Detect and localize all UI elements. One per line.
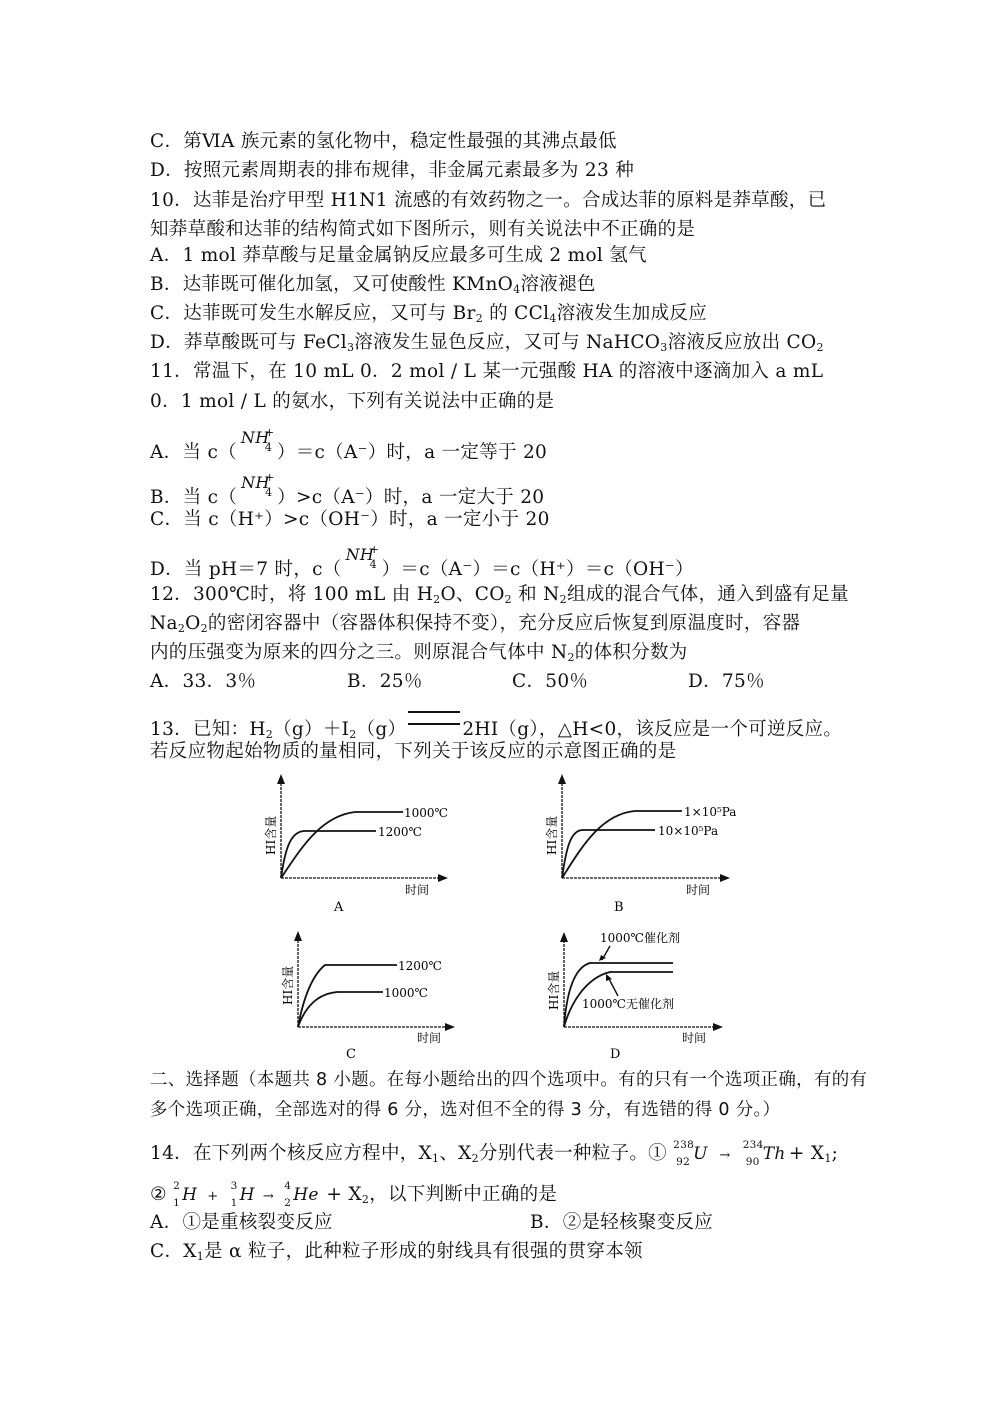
q11-stem-line1: 11．常温下，在 10 mL 0．2 mol / L 某一元强酸 HA 的溶液中… — [150, 360, 823, 384]
y-axis-label: HI含量 — [281, 966, 295, 1005]
text: （g） — [357, 719, 407, 740]
subscript: 2 — [201, 622, 208, 635]
section-heading-line1: 二、选择题（本题共 8 小题。在每小题给出的四个选项中。有的只有一个选项正确，有… — [150, 1068, 867, 1092]
reaction-arrow: → — [263, 1189, 274, 1204]
arrow-head-icon — [606, 974, 612, 981]
graph-label: A — [333, 900, 344, 915]
text: 2HI（g），△H<0，该反应是一个可逆反应。 — [462, 719, 842, 740]
reversible-equals-sign — [408, 711, 460, 725]
curve-label-2: 1200℃ — [378, 825, 422, 839]
graph-c: 1200℃ 1000℃ HI含量 时间 C — [270, 925, 470, 1065]
ammonium-ion: NH+4 — [342, 551, 382, 575]
text: 的体积分数为 — [575, 642, 688, 663]
y-axis-label: HI含量 — [547, 971, 561, 1010]
text: C．X — [150, 1241, 197, 1262]
reaction-arrow: → — [719, 1148, 730, 1163]
text: O、CO — [440, 584, 504, 605]
q10-option-a: A．1 mol 莽草酸与足量金属钠反应最多可生成 2 mol 氢气 — [150, 244, 647, 268]
q14-stem-line1: 14．在下列两个核反应方程中，X1、X2分别代表一种粒子。① 23892U → … — [150, 1142, 838, 1171]
x-axis-label: 时间 — [686, 882, 710, 897]
text: 内的压强变为原来的四分之三。则原混合气体中 N — [150, 642, 567, 663]
subscript: 2 — [567, 651, 574, 664]
q13-stem-line2: 若反应物起始物质的量相同，下列关于该反应的示意图正确的是 — [150, 740, 676, 764]
graph-label: D — [610, 1047, 620, 1062]
y-axis-label: HI含量 — [264, 816, 278, 855]
element-symbol: He — [293, 1185, 319, 1205]
text: ）＝c（A⁻）时，a 一定等于 20 — [277, 442, 547, 463]
text: 分别代表一种粒子。① — [479, 1143, 667, 1164]
graph-label: B — [614, 900, 624, 915]
q11-option-a: A．当 c（NH+4）＝c（A⁻）时，a 一定等于 20 — [150, 434, 547, 465]
text: 的 CCl — [483, 303, 549, 324]
nuclide-tritium: 31H — [231, 1183, 253, 1207]
ion-subscript: 4 — [265, 436, 272, 460]
curve-label-2: 10×10⁵Pa — [658, 824, 718, 838]
q11-option-c: C．当 c（H⁺）>c（OH⁻）时，a 一定小于 20 — [150, 508, 550, 532]
graph-b-plot: 1×10⁵Pa 10×10⁵Pa HI含量 时间 B — [530, 770, 750, 920]
q10-stem-line2: 知莽草酸和达菲的结构简式如下图所示，则有关说法中不正确的是 — [150, 218, 695, 242]
ammonium-ion: NH+4 — [237, 434, 277, 458]
text: 13．已知：H — [150, 719, 266, 740]
text: 溶液褪色 — [520, 274, 595, 295]
subscript: 2 — [505, 593, 512, 606]
text: ，以下判断中正确的是 — [369, 1184, 557, 1205]
section-heading-line2: 多个选项正确，全部选对的得 6 分，选对但不全的得 3 分，有选错的得 0 分。… — [150, 1098, 780, 1122]
q14-option-a: A．①是重核裂变反应 — [150, 1211, 333, 1235]
subscript: 3 — [660, 341, 667, 354]
atomic-number: 90 — [746, 1150, 760, 1174]
q12-stem-line2: Na2O2的密闭容器中（容器体积保持不变），充分反应后恢复到原温度时，容器 — [150, 612, 800, 641]
q9-option-c: C．第ⅥA 族元素的氢化物中，稳定性最强的其沸点最低 — [150, 130, 617, 154]
q14-option-b: B．②是轻核聚变反应 — [530, 1211, 713, 1235]
nuclide-thorium: 23490Th — [743, 1142, 783, 1166]
x-axis-label: 时间 — [417, 1030, 441, 1045]
text: 溶液发生显色反应，又可与 NaHCO — [354, 332, 660, 353]
text: C．达菲既可发生水解反应，又可与 Br — [150, 303, 476, 324]
y-axis-label: HI含量 — [545, 816, 559, 855]
text: 组成的混合气体，通入到盛有足量 — [567, 584, 849, 605]
element-symbol: H — [182, 1185, 197, 1205]
subscript: 1 — [824, 1152, 831, 1165]
text: + — [207, 1189, 218, 1204]
q12-option-c: C．50％ — [512, 670, 588, 694]
atomic-number: 92 — [676, 1150, 690, 1174]
q11-stem-line2: 0．1 mol / L 的氨水，下列有关说法中正确的是 — [150, 390, 554, 414]
subscript: 2 — [560, 593, 567, 606]
text: ② — [150, 1184, 167, 1205]
text: D．莽草酸既可与 FeCl — [150, 332, 347, 353]
q10-option-c: C．达菲既可发生水解反应，又可与 Br2 的 CCl4溶液发生加成反应 — [150, 302, 707, 331]
ion-subscript: 4 — [265, 481, 272, 505]
section-heading-text: 二、选择题（本题共 8 小题。在每小题给出的四个选项中。有的只有一个选项正确，有… — [150, 1070, 867, 1090]
text: ; — [832, 1143, 839, 1164]
graph-d-plot: 1000℃催化剂 1000℃无催化剂 HI含量 时间 D — [530, 920, 750, 1065]
curve-label-1: 1200℃ — [398, 959, 442, 973]
text: Na — [150, 613, 178, 634]
q10-option-d: D．莽草酸既可与 FeCl3溶液发生显色反应，又可与 NaHCO3溶液反应放出 … — [150, 331, 824, 360]
nuclide-uranium: 23892U — [673, 1142, 707, 1166]
text: 和 N — [512, 584, 560, 605]
subscript: 4 — [549, 312, 556, 325]
curve-label-1: 1×10⁵Pa — [684, 805, 736, 819]
q12-option-a: A．33．3％ — [150, 670, 256, 694]
text: 12．300℃时，将 100 mL 由 H — [150, 584, 433, 605]
text: + X — [326, 1184, 361, 1205]
subscript: 2 — [472, 1152, 479, 1165]
element-symbol: Th — [763, 1144, 786, 1164]
q12-stem-line3: 内的压强变为原来的四分之三。则原混合气体中 N2的体积分数为 — [150, 641, 688, 670]
element-symbol: H — [240, 1185, 255, 1205]
curve-label-2: 1000℃无催化剂 — [582, 996, 674, 1011]
x-axis-label: 时间 — [682, 1030, 706, 1045]
text: 溶液反应放出 CO — [668, 332, 817, 353]
subscript: 2 — [476, 312, 483, 325]
text: + X — [789, 1143, 824, 1164]
text: 、X — [439, 1143, 471, 1164]
curve-label-2: 1000℃ — [384, 986, 428, 1000]
q10-stem-line1: 10．达菲是治疗甲型 H1N1 流感的有效药物之一。合成达菲的原料是莽草酸，已 — [150, 189, 826, 213]
ion-subscript: 4 — [370, 553, 377, 577]
text: B．达菲既可催化加氢，又可使酸性 KMnO — [150, 274, 513, 295]
graph-label: C — [346, 1047, 356, 1062]
q14-stem-line2: ② 21H + 31H → 42He + X2，以下判断中正确的是 — [150, 1183, 557, 1212]
text: A．当 c（ — [150, 442, 237, 463]
graph-b: 1×10⁵Pa 10×10⁵Pa HI含量 时间 B — [530, 770, 750, 920]
subscript: 2 — [816, 341, 823, 354]
text: 是 α 粒子，此种粒子形成的射线具有很强的贯穿本领 — [204, 1241, 643, 1262]
text: （g）＋I — [273, 719, 349, 740]
q11-option-b: B．当 c（NH+4）>c（A⁻）时，a 一定大于 20 — [150, 479, 544, 510]
graph-c-plot: 1200℃ 1000℃ HI含量 时间 C — [270, 925, 470, 1065]
text: ）>c（A⁻）时，a 一定大于 20 — [277, 487, 544, 508]
q14-option-c: C．X1是 α 粒子，此种粒子形成的射线具有很强的贯穿本领 — [150, 1240, 643, 1269]
text: O — [185, 613, 200, 634]
curve-label-1: 1000℃ — [404, 806, 448, 820]
graph-d: 1000℃催化剂 1000℃无催化剂 HI含量 时间 D — [530, 920, 750, 1065]
text: B．当 c（ — [150, 487, 237, 508]
nuclide-helium: 42He — [284, 1183, 320, 1207]
curve-label-1: 1000℃催化剂 — [600, 930, 680, 945]
element-symbol: U — [693, 1144, 708, 1164]
q12-option-b: B．25％ — [347, 670, 423, 694]
text: D．当 pH＝7 时，c（ — [150, 559, 342, 580]
q12-stem-line1: 12．300℃时，将 100 mL 由 H2O、CO2 和 N2组成的混合气体，… — [150, 583, 849, 612]
nuclide-deuterium: 21H — [173, 1183, 195, 1207]
q10-option-b: B．达菲既可催化加氢，又可使酸性 KMnO4溶液褪色 — [150, 273, 596, 302]
text: ）＝c（A⁻）＝c（H⁺）＝c（OH⁻） — [382, 559, 694, 580]
x-axis-label: 时间 — [405, 882, 429, 897]
q11-option-d: D．当 pH＝7 时，c（NH+4）＝c（A⁻）＝c（H⁺）＝c（OH⁻） — [150, 551, 694, 582]
q9-option-d: D．按照元素周期表的排布规律，非金属元素最多为 23 种 — [150, 159, 634, 183]
ammonium-ion: NH+4 — [237, 479, 277, 503]
text: 14．在下列两个核反应方程中，X — [150, 1143, 432, 1164]
graph-a-plot: 1000℃ 1200℃ HI含量 时间 A — [260, 770, 460, 920]
arrow-line — [608, 977, 618, 996]
graph-a: 1000℃ 1200℃ HI含量 时间 A — [260, 770, 460, 920]
text: 溶液发生加成反应 — [557, 303, 707, 324]
text: 的密闭容器中（容器体积保持不变），充分反应后恢复到原温度时，容器 — [208, 613, 800, 634]
subscript: 1 — [197, 1250, 204, 1263]
q12-option-d: D．75％ — [688, 670, 765, 694]
